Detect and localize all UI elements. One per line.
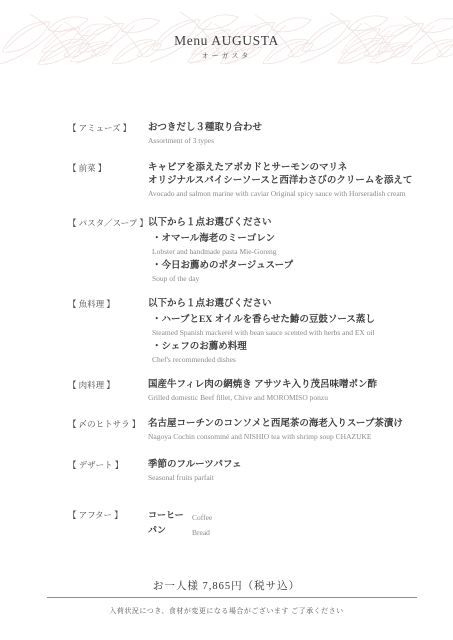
dish-name-jp: おつきだし３種取り合わせ — [148, 122, 424, 135]
section-label: 【 肉料理 】 — [68, 379, 148, 392]
dish-name-jp: キャビアを添えたアボカドとサーモンのマリネ — [148, 162, 424, 175]
page-title: Menu AUGUSTA — [0, 33, 453, 49]
menu-item: ・ハーブとEX オイルを香らせた鰆の豆鼓ソース蒸し Steamed Spanis… — [152, 314, 424, 338]
price-per-person: お一人様 7,865円（税サ込） — [0, 578, 453, 593]
after-item-en: Coffee — [192, 509, 212, 524]
dish-name-en: Chef's recommended dishes — [152, 355, 424, 365]
section-label: 【 前菜 】 — [68, 162, 148, 175]
dish-name-en: Grilled domestic Beef fillet, Chive and … — [148, 393, 424, 403]
after-item-row: コーヒー Coffee — [148, 509, 424, 524]
dish-name-jp: ・オマール海老のミーゴレン — [152, 233, 424, 246]
section-label: 【 デザート 】 — [68, 459, 148, 472]
menu-item: ・シェフのお薦め料理 Chef's recommended dishes — [152, 341, 424, 365]
dish-name-jp-line2: オリジナルスパイシーソースと西洋わさびのクリームを添えて — [148, 175, 424, 188]
dish-name-jp: ・今日お薦めのポタージュスープ — [152, 260, 424, 273]
after-item-jp: コーヒー — [148, 509, 192, 524]
menu-section-dessert: 【 デザート 】 季節のフルーツパフェ Seasonal fruits parf… — [68, 459, 424, 483]
section-label: 【 〆のヒトサラ 】 — [68, 418, 148, 431]
after-item-en: Bread — [192, 524, 210, 539]
menu-section-after: 【 アフター 】 コーヒー Coffee パン Bread — [68, 509, 424, 539]
section-content: 季節のフルーツパフェ Seasonal fruits parfait — [148, 459, 424, 483]
section-label: 【 パスタ／スープ 】 — [68, 217, 148, 230]
dish-name-jp: 名古屋コーチンのコンソメと西尾茶の海老入りスープ茶漬け — [148, 418, 424, 431]
dish-name-jp: 国産牛フィレ肉の網焼き アサツキ入り茂呂味噌ポン酢 — [148, 379, 424, 392]
dish-name-en: Soup of the day — [152, 274, 424, 284]
dish-name-en: Lobster and handmade pasta Mie-Goreng — [152, 247, 424, 257]
dish-name-jp: ・ハーブとEX オイルを香らせた鰆の豆鼓ソース蒸し — [152, 314, 424, 327]
after-item-jp: パン — [148, 524, 192, 539]
section-label: 【 アミューズ 】 — [68, 122, 148, 135]
menu-item: ・今日お薦めのポタージュスープ Soup of the day — [152, 260, 424, 284]
section-content: キャビアを添えたアボカドとサーモンのマリネ オリジナルスパイシーソースと西洋わさ… — [148, 162, 424, 199]
menu-item: ・オマール海老のミーゴレン Lobster and handmade pasta… — [152, 233, 424, 257]
section-content: コーヒー Coffee パン Bread — [148, 509, 424, 539]
dish-name-jp: 季節のフルーツパフェ — [148, 459, 424, 472]
menu-section-pasta-soup: 【 パスタ／スープ 】 以下から１点お選びください ・オマール海老のミーゴレン … — [68, 217, 424, 284]
page-subtitle: オーガスタ — [0, 51, 453, 61]
dish-name-en: Assortment of 3 types — [148, 136, 424, 146]
section-label: 【 アフター 】 — [68, 509, 148, 522]
choice-note: 以下から１点お選びください — [148, 217, 424, 230]
section-content: 名古屋コーチンのコンソメと西尾茶の海老入りスープ茶漬け Nagoya Cochi… — [148, 418, 424, 442]
section-content: 以下から１点お選びください ・ハーブとEX オイルを香らせた鰆の豆鼓ソース蒸し … — [148, 298, 424, 365]
dish-name-jp: ・シェフのお薦め料理 — [152, 341, 424, 354]
dish-name-en: Nagoya Cochin consommé and NISHIO tea wi… — [148, 432, 424, 442]
dish-name-en: Avocado and salmon marine with caviar Or… — [148, 189, 424, 199]
section-content: 以下から１点お選びください ・オマール海老のミーゴレン Lobster and … — [148, 217, 424, 284]
section-content: 国産牛フィレ肉の網焼き アサツキ入り茂呂味噌ポン酢 Grilled domest… — [148, 379, 424, 403]
after-item-row: パン Bread — [148, 524, 424, 539]
dish-name-en: Steamed Spanish mackerel with bean sauce… — [152, 328, 424, 338]
dish-name-en: Seasonal fruits parfait — [148, 473, 424, 483]
menu-section-meat: 【 肉料理 】 国産牛フィレ肉の網焼き アサツキ入り茂呂味噌ポン酢 Grille… — [68, 379, 424, 403]
menu-section-appetizer: 【 前菜 】 キャビアを添えたアボカドとサーモンのマリネ オリジナルスパイシーソ… — [68, 162, 424, 199]
menu-body: 【 アミューズ 】 おつきだし３種取り合わせ Assortment of 3 t… — [68, 122, 424, 539]
footer-divider — [47, 597, 417, 598]
section-content: おつきだし３種取り合わせ Assortment of 3 types — [148, 122, 424, 146]
menu-page: Menu AUGUSTA オーガスタ 【 アミューズ 】 おつきだし３種取り合わ… — [0, 0, 453, 640]
availability-disclaimer: 入荷状況につき、食材が変更になる場合がございます ご了承ください — [0, 606, 453, 616]
section-label: 【 魚料理 】 — [68, 298, 148, 311]
menu-section-closing-dish: 【 〆のヒトサラ 】 名古屋コーチンのコンソメと西尾茶の海老入りスープ茶漬け N… — [68, 418, 424, 442]
menu-section-fish: 【 魚料理 】 以下から１点お選びください ・ハーブとEX オイルを香らせた鰆の… — [68, 298, 424, 365]
menu-section-amuse: 【 アミューズ 】 おつきだし３種取り合わせ Assortment of 3 t… — [68, 122, 424, 146]
menu-header: Menu AUGUSTA オーガスタ — [0, 33, 453, 61]
choice-note: 以下から１点お選びください — [148, 298, 424, 311]
